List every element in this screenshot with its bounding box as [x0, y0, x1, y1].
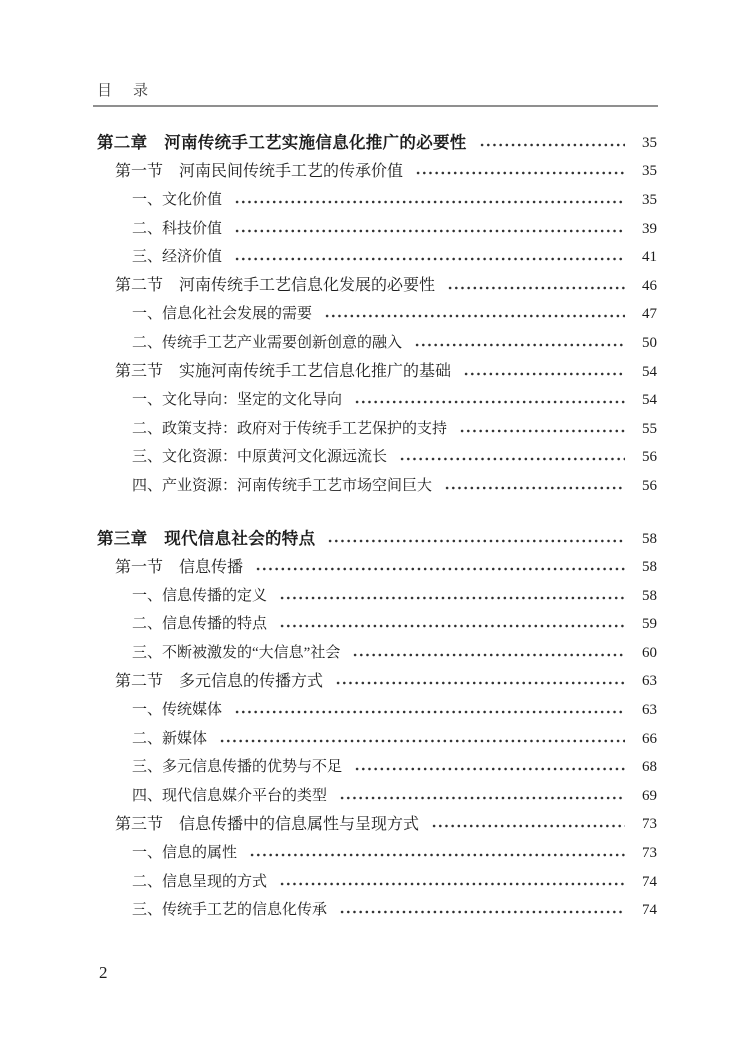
dot-leader	[219, 739, 625, 743]
footer-page-number: 2	[99, 963, 108, 983]
page-header-title: 目 录	[97, 79, 151, 100]
dot-leader	[414, 343, 625, 347]
toc-entry: 一、传统媒体 63	[97, 696, 657, 725]
toc-entry: 三、多元信息传播的优势与不足 68	[97, 753, 657, 782]
toc-entry: 第二节 多元信息的传播方式 63	[97, 668, 657, 697]
toc-entry-page: 41	[635, 250, 657, 265]
toc-entry: 第三节 信息传播中的信息属性与呈现方式 73	[97, 811, 657, 840]
dot-leader	[324, 314, 625, 318]
toc-entry: 二、传统手工艺产业需要创新创意的融入 50	[97, 329, 657, 358]
dot-leader	[234, 229, 625, 233]
toc-entry: 二、信息呈现的方式 74	[97, 868, 657, 897]
toc-entry-page: 39	[635, 222, 657, 237]
toc-entry-title: 第三节 信息传播中的信息属性与呈现方式	[115, 817, 419, 833]
dot-leader	[444, 486, 625, 490]
toc-entry: 二、信息传播的特点 59	[97, 611, 657, 640]
toc-entry: 第三节 实施河南传统手工艺信息化推广的基础 54	[97, 358, 657, 387]
toc-entry: 四、现代信息媒介平台的类型 69	[97, 782, 657, 811]
dot-leader	[339, 910, 625, 914]
dot-leader	[335, 681, 625, 685]
dot-leader	[339, 796, 625, 800]
toc-entry-title: 二、信息呈现的方式	[132, 875, 267, 890]
toc-entry-title: 第二节 河南传统手工艺信息化发展的必要性	[115, 278, 435, 294]
toc-entry-page: 73	[635, 846, 657, 861]
toc-entry-title: 第一节 信息传播	[115, 560, 243, 576]
toc-entry-page: 47	[635, 307, 657, 322]
toc-entry-page: 73	[635, 817, 657, 832]
toc-entry-page: 46	[635, 279, 657, 294]
dot-leader	[255, 567, 625, 571]
dot-leader	[479, 143, 625, 147]
dot-leader	[431, 824, 625, 828]
dot-leader	[234, 257, 625, 261]
toc-entry-page: 68	[635, 760, 657, 775]
toc-entry-page: 54	[635, 393, 657, 408]
toc-entry-title: 三、经济价值	[132, 250, 222, 265]
toc-entry: 第二节 河南传统手工艺信息化发展的必要性 46	[97, 272, 657, 301]
toc-entry: 一、信息的属性 73	[97, 839, 657, 868]
toc-entry-title: 二、传统手工艺产业需要创新创意的融入	[132, 336, 402, 351]
dot-leader	[354, 767, 625, 771]
toc-entry-title: 第一节 河南民间传统手工艺的传承价值	[115, 164, 403, 180]
toc-entry-page: 54	[635, 365, 657, 380]
toc-entry: 一、信息化社会发展的需要 47	[97, 301, 657, 330]
toc-entry: 四、产业资源：河南传统手工艺市场空间巨大 56	[97, 472, 657, 501]
toc-entry-page: 56	[635, 450, 657, 465]
dot-leader	[463, 372, 625, 376]
toc-entry: 第二章 河南传统手工艺实施信息化推广的必要性 35	[97, 129, 657, 158]
toc-entry: 一、文化价值 35	[97, 186, 657, 215]
dot-leader	[399, 457, 625, 461]
dot-leader	[279, 882, 625, 886]
toc-entry: 三、传统手工艺的信息化传承 74	[97, 896, 657, 925]
toc-entry-page: 74	[635, 875, 657, 890]
toc-entry-page: 63	[635, 703, 657, 718]
toc-entry: 三、经济价值 41	[97, 243, 657, 272]
toc-entry-title: 一、文化导向：坚定的文化导向	[132, 393, 342, 408]
toc-entry-page: 58	[635, 589, 657, 604]
toc-entry-title: 四、现代信息媒介平台的类型	[132, 789, 327, 804]
dot-leader	[352, 653, 625, 657]
dot-leader	[249, 853, 625, 857]
toc-entry-page: 58	[635, 532, 657, 547]
dot-leader	[415, 171, 625, 175]
toc-entry: 三、不断被激发的“大信息”社会 60	[97, 639, 657, 668]
toc-entry-title: 三、多元信息传播的优势与不足	[132, 760, 342, 775]
toc-entry-title: 第二节 多元信息的传播方式	[115, 674, 323, 690]
toc-entry: 第三章 现代信息社会的特点 58	[97, 525, 657, 554]
dot-leader	[234, 710, 625, 714]
toc-entry-title: 一、信息传播的定义	[132, 589, 267, 604]
header-divider	[93, 105, 658, 107]
toc-entry-title: 第三章 现代信息社会的特点	[97, 531, 315, 548]
toc-entry-title: 二、科技价值	[132, 222, 222, 237]
toc-entry-title: 三、传统手工艺的信息化传承	[132, 903, 327, 918]
toc-entry-page: 35	[635, 136, 657, 151]
toc-entry-page: 66	[635, 732, 657, 747]
dot-leader	[459, 429, 625, 433]
toc-entry: 二、政策支持：政府对于传统手工艺保护的支持 55	[97, 415, 657, 444]
toc-entry-title: 一、信息的属性	[132, 846, 237, 861]
document-page: 目 录 第二章 河南传统手工艺实施信息化推广的必要性 35 第一节 河南民间传统…	[0, 0, 750, 1048]
toc-entry-page: 35	[635, 164, 657, 179]
toc-entry-page: 58	[635, 560, 657, 575]
dot-leader	[234, 200, 625, 204]
toc-entry-page: 56	[635, 479, 657, 494]
toc-entry: 第一节 河南民间传统手工艺的传承价值 35	[97, 158, 657, 187]
toc-entry-title: 二、新媒体	[132, 732, 207, 747]
toc-entry-page: 55	[635, 422, 657, 437]
toc-entry: 第一节 信息传播 58	[97, 553, 657, 582]
toc-entry: 二、新媒体 66	[97, 725, 657, 754]
dot-leader	[327, 539, 625, 543]
dot-leader	[279, 596, 625, 600]
toc-entry-title: 第二章 河南传统手工艺实施信息化推广的必要性	[97, 135, 467, 152]
toc-list: 第二章 河南传统手工艺实施信息化推广的必要性 35 第一节 河南民间传统手工艺的…	[97, 129, 657, 925]
toc-entry-page: 35	[635, 193, 657, 208]
dot-leader	[354, 400, 625, 404]
toc-entry-title: 一、信息化社会发展的需要	[132, 307, 312, 322]
toc-entry-title: 一、传统媒体	[132, 703, 222, 718]
toc-entry-title: 第三节 实施河南传统手工艺信息化推广的基础	[115, 364, 451, 380]
toc-entry-page: 50	[635, 336, 657, 351]
toc-entry-page: 59	[635, 617, 657, 632]
dot-leader	[447, 286, 625, 290]
toc-entry-title: 三、文化资源：中原黄河文化源远流长	[132, 450, 387, 465]
toc-entry: 一、信息传播的定义 58	[97, 582, 657, 611]
toc-entry: 一、文化导向：坚定的文化导向 54	[97, 386, 657, 415]
toc-entry-title: 三、不断被激发的“大信息”社会	[132, 646, 340, 661]
toc-entry-page: 63	[635, 674, 657, 689]
toc-entry: 三、文化资源：中原黄河文化源远流长 56	[97, 444, 657, 473]
toc-entry: 二、科技价值 39	[97, 215, 657, 244]
toc-entry-title: 二、政策支持：政府对于传统手工艺保护的支持	[132, 422, 447, 437]
toc-entry-page: 69	[635, 789, 657, 804]
toc-entry-title: 二、信息传播的特点	[132, 617, 267, 632]
toc-entry-title: 一、文化价值	[132, 193, 222, 208]
dot-leader	[279, 624, 625, 628]
toc-entry-page: 74	[635, 903, 657, 918]
toc-entry-page: 60	[635, 646, 657, 661]
toc-entry-title: 四、产业资源：河南传统手工艺市场空间巨大	[132, 479, 432, 494]
